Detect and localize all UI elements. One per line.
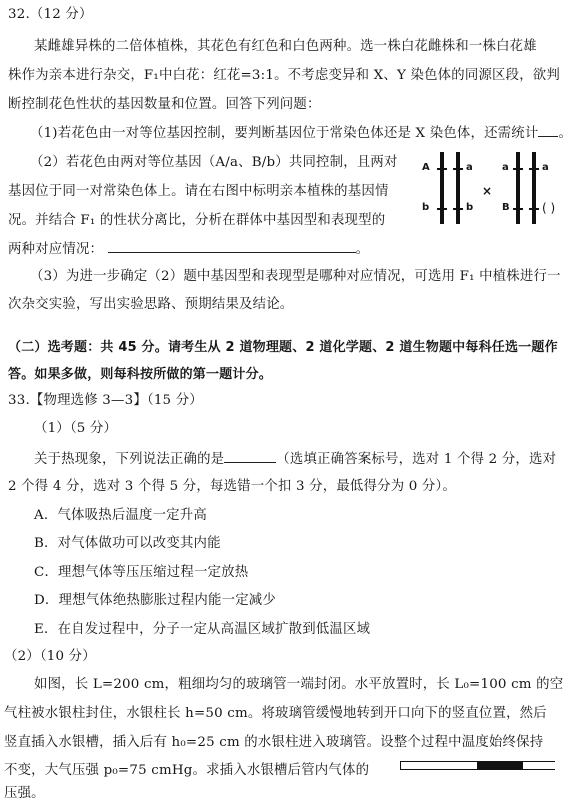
- q33-sub2-header: （2）（10 分）: [4, 648, 96, 666]
- gene-blank-label[interactable]: ( ): [542, 201, 555, 215]
- q32-part2-line3: 况。并结合 F₁ 的性状分离比，分析在群体中基因型和表现型的: [8, 212, 385, 230]
- q33-sub1-header: （1）（5 分）: [34, 420, 117, 438]
- q33-sub1-stem-line2: 2 个得 4 分，选对 3 个得 5 分，每选错一个扣 3 分，最低得分为 0 …: [8, 478, 456, 496]
- locus-mark: [453, 168, 463, 170]
- chromosome-bar: [516, 152, 520, 224]
- gene-label: a: [502, 162, 509, 173]
- glass-tube-figure: [400, 761, 556, 770]
- gene-label: a: [542, 162, 549, 173]
- answer-blank[interactable]: [224, 450, 276, 463]
- chromosome-bar: [532, 152, 536, 224]
- chromosome-figure: A a b b × a a B ( ): [420, 152, 580, 232]
- q33-sub1-scoring: （选填正确答案标号，选对 1 个得 2 分，选对: [276, 452, 556, 467]
- answer-blank[interactable]: [538, 124, 558, 137]
- q32-part3-line2: 次杂交实验，写出实验思路、预期结果及结论。: [8, 296, 293, 314]
- locus-mark: [529, 208, 539, 210]
- locus-mark: [513, 208, 523, 210]
- gene-label: b: [422, 202, 429, 213]
- option-d: D．理想气体绝热膨胀过程内能一定减少: [34, 592, 276, 610]
- q33-sub2-line5: 压强。: [4, 785, 45, 798]
- period: 。: [558, 126, 572, 141]
- cross-symbol: ×: [482, 184, 492, 198]
- q32-part2-line2: 基因位于同一对常染色体上。请在右图中标明亲本植株的基因情: [8, 183, 389, 201]
- locus-mark: [529, 168, 539, 170]
- q32-stem-line2: 株作为亲本进行杂交，F₁中白花：红花=3:1。不考虑变异和 X、Y 染色体的同源…: [8, 67, 560, 85]
- q32-stem-line3: 断控制花色性状的基因数量和位置。回答下列问题：: [8, 96, 321, 114]
- q32-part3-line1: （3）为进一步确定（2）题中基因型和表现型是哪种对应情况，可选用 F₁ 中植株进…: [30, 268, 561, 286]
- gene-label: A: [422, 162, 430, 173]
- locus-mark: [513, 168, 523, 170]
- q33-sub2-line1: 如图，长 L=200 cm，粗细均匀的玻璃管一端封闭。水平放置时，长 L₀=10…: [34, 676, 563, 694]
- q32-part2-line4: 两种对应情况： 。: [8, 240, 369, 259]
- locus-mark: [437, 168, 447, 170]
- mercury-column: [477, 761, 523, 770]
- q33-sub2-line3: 竖直插入水银槽，插入后有 h₀=25 cm 的水银柱进入玻璃管。设整个过程中温度…: [4, 734, 543, 752]
- question-32-header: 32.（12 分）: [8, 6, 93, 24]
- option-e: E．在自发过程中，分子一定从高温区域扩散到低温区域: [34, 621, 370, 639]
- q32-part1-text: （1)若花色由一对等位基因控制，要判断基因位于常染色体还是 X 染色体，还需统计: [30, 126, 538, 141]
- section2-line1: （二）选考题：共 45 分。请考生从 2 道物理题、2 道化学题、2 道生物题中…: [8, 339, 558, 357]
- locus-mark: [453, 208, 463, 210]
- option-c: C．理想气体等压压缩过程一定放热: [34, 564, 248, 582]
- q32-part2-line1: （2）若花色由两对等位基因（A/a、B/b）共同控制，且两对: [30, 154, 398, 172]
- gene-label: a: [466, 162, 473, 173]
- gene-label: b: [466, 202, 473, 213]
- answer-blank-long[interactable]: [108, 240, 356, 253]
- q32-part1: （1)若花色由一对等位基因控制，要判断基因位于常染色体还是 X 染色体，还需统计…: [30, 124, 572, 143]
- locus-mark: [437, 208, 447, 210]
- q33-sub2-line4: 不变，大气压强 p₀=75 cmHg。求插入水银槽后管内气体的: [4, 762, 369, 780]
- question-33-header: 33.【物理选修 3—3】（15 分）: [8, 392, 203, 410]
- q33-sub1-stem-text: 关于热现象，下列说法正确的是: [34, 452, 224, 467]
- q33-sub2-line2: 气柱被水银柱封住，水银柱长 h=50 cm。将玻璃管缓慢地转到开口向下的竖直位置…: [4, 705, 547, 723]
- q32-part2-line4-text: 两种对应情况：: [8, 242, 103, 257]
- period: 。: [356, 242, 370, 257]
- q33-sub1-stem: 关于热现象，下列说法正确的是（选填正确答案标号，选对 1 个得 2 分，选对: [34, 450, 556, 469]
- option-b: B．对气体做功可以改变其内能: [34, 535, 221, 553]
- section2-line2: 答。如果多做，则每科按所做的第一题计分。: [8, 366, 272, 384]
- chromosome-bar: [440, 152, 444, 224]
- chromosome-bar: [456, 152, 460, 224]
- option-a: A．气体吸热后温度一定升高: [34, 507, 207, 525]
- q32-stem-line1: 某雌雄异株的二倍体植株，其花色有红色和白色两种。选一株白花雌株和一株白花雄: [34, 38, 537, 56]
- gene-label: B: [502, 202, 510, 213]
